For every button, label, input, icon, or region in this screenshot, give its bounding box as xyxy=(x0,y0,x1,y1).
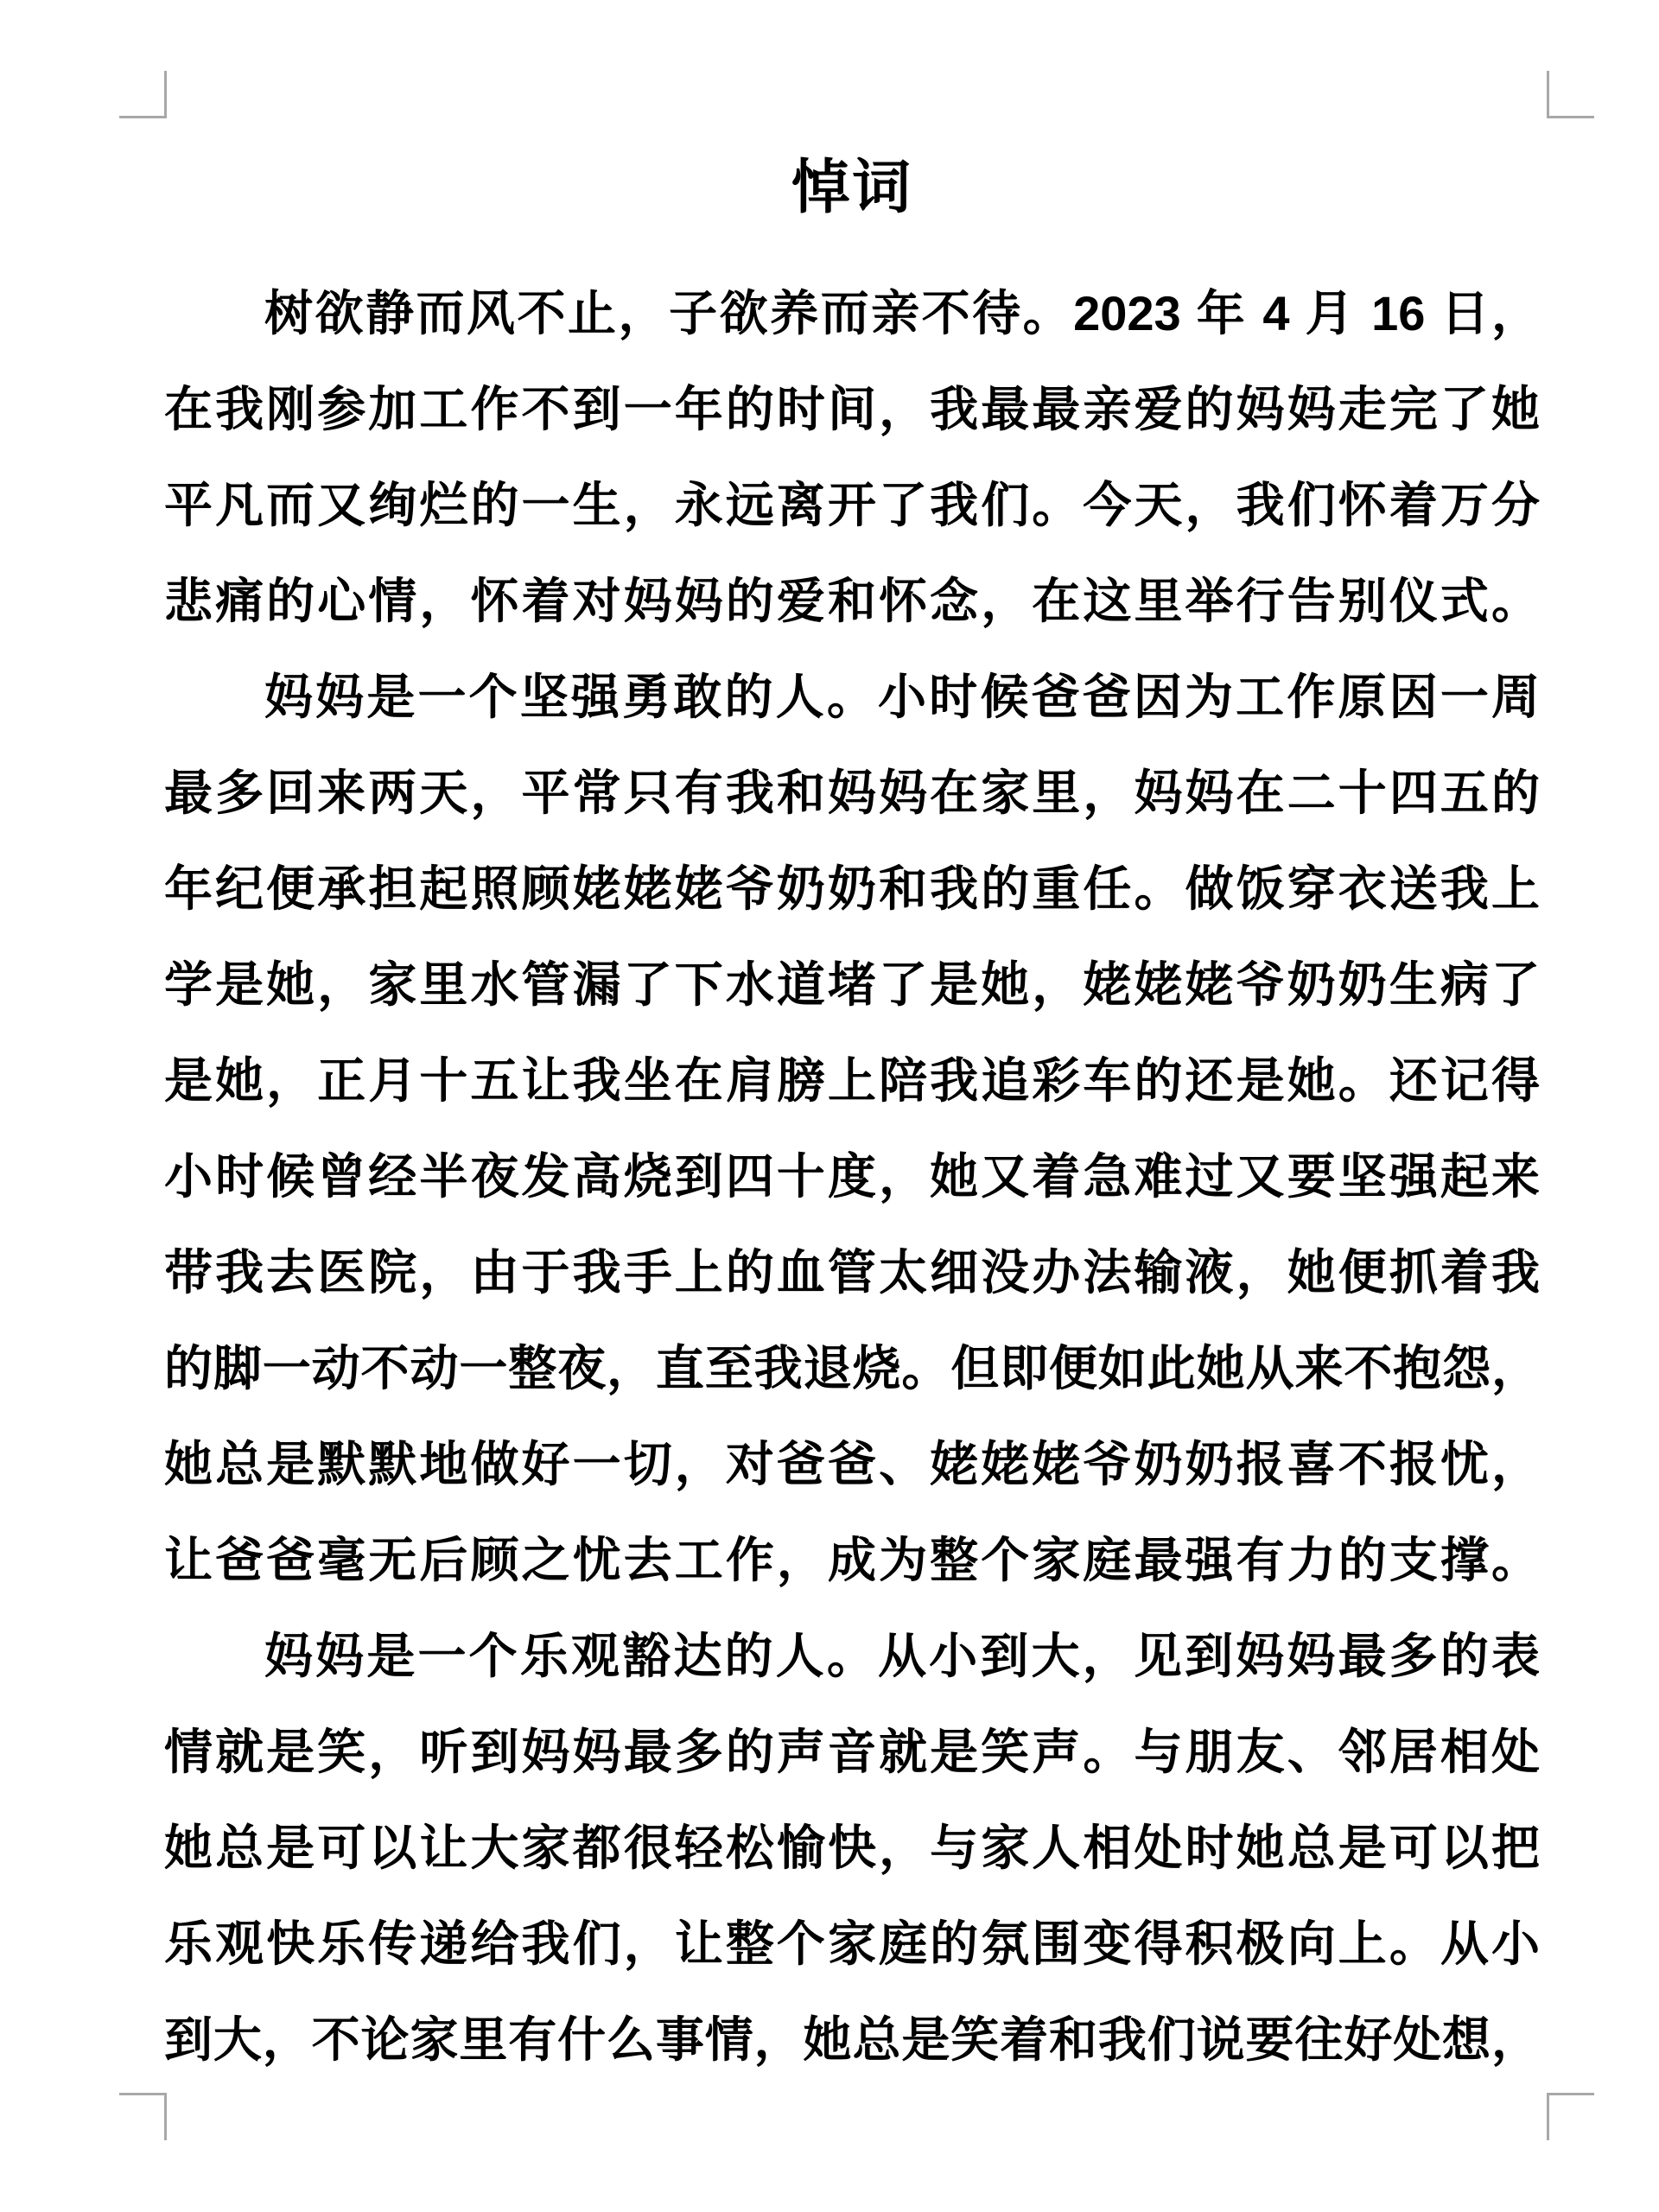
document-page: 悼词 树欲静而风不止，子欲养而亲不待。2023 年 4 月 16 日，在我刚参加… xyxy=(0,0,1659,2212)
body-line: 年纪便承担起照顾姥姥姥爷奶奶和我的重任。做饭穿衣送我上 xyxy=(164,841,1540,937)
body-line: 乐观快乐传递给我们，让整个家庭的氛围变得积极向上。从小 xyxy=(164,1896,1540,1992)
body-line: 她总是可以让大家都很轻松愉快，与家人相处时她总是可以把 xyxy=(164,1800,1540,1896)
text-boundary-corner-mark-top-left xyxy=(119,71,167,118)
body-line: 悲痛的心情，怀着对妈妈的爱和怀念，在这里举行告别仪式。 xyxy=(164,553,1540,649)
body-line: 让爸爸毫无后顾之忧去工作，成为整个家庭最强有力的支撑。 xyxy=(164,1512,1540,1608)
body-line: 是她，正月十五让我坐在肩膀上陪我追彩车的还是她。还记得 xyxy=(164,1033,1540,1128)
body-line: 情就是笑，听到妈妈最多的声音就是笑声。与朋友、邻居相处 xyxy=(164,1704,1540,1800)
body-line: 到大，不论家里有什么事情，她总是笑着和我们说要往好处想， xyxy=(164,1992,1540,2088)
body-line: 妈妈是一个坚强勇敢的人。小时候爸爸因为工作原因一周 xyxy=(164,649,1540,745)
body-line: 小时候曾经半夜发高烧到四十度，她又着急难过又要坚强起来 xyxy=(164,1128,1540,1224)
body-line: 学是她，家里水管漏了下水道堵了是她，姥姥姥爷奶奶生病了 xyxy=(164,937,1540,1033)
body-line: 最多回来两天，平常只有我和妈妈在家里，妈妈在二十四五的 xyxy=(164,745,1540,841)
text-area: 悼词 树欲静而风不止，子欲养而亲不待。2023 年 4 月 16 日，在我刚参加… xyxy=(164,117,1540,2088)
text-boundary-corner-mark-top-right xyxy=(1547,71,1594,118)
text-boundary-corner-mark-bottom-left xyxy=(119,2093,167,2140)
body-line: 平凡而又绚烂的一生，永远离开了我们。今天，我们怀着万分 xyxy=(164,457,1540,553)
body-line: 妈妈是一个乐观豁达的人。从小到大，见到妈妈最多的表 xyxy=(164,1608,1540,1704)
body-line: 在我刚参加工作不到一年的时间，我最最亲爱的妈妈走完了她 xyxy=(164,361,1540,457)
body-line: 带我去医院，由于我手上的血管太细没办法输液，她便抓着我 xyxy=(164,1224,1540,1320)
body-text: 树欲静而风不止，子欲养而亲不待。2023 年 4 月 16 日，在我刚参加工作不… xyxy=(164,265,1540,2088)
document-title: 悼词 xyxy=(164,153,1540,222)
body-line: 树欲静而风不止，子欲养而亲不待。2023 年 4 月 16 日， xyxy=(164,265,1540,361)
text-boundary-corner-mark-bottom-right xyxy=(1547,2093,1594,2140)
body-line: 她总是默默地做好一切，对爸爸、姥姥姥爷奶奶报喜不报忧， xyxy=(164,1416,1540,1512)
body-line: 的脚一动不动一整夜，直至我退烧。但即便如此她从来不抱怨， xyxy=(164,1320,1540,1416)
